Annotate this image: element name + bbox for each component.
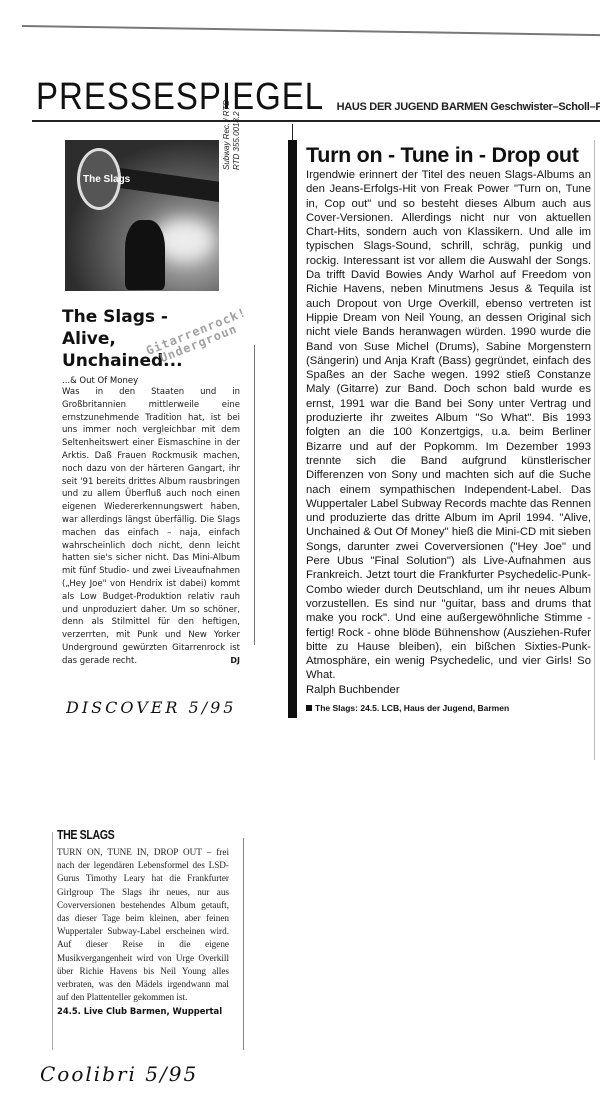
masthead-rule (32, 120, 600, 122)
page-title: PRESSESPIEGEL (36, 74, 324, 118)
scan-edge-line (22, 25, 600, 36)
column-bar (288, 140, 297, 718)
coolibri-review: THE SLAGS TURN ON, TUNE IN, DROP OUT – f… (57, 826, 229, 1016)
main-headline: Turn on - Tune in - Drop out (306, 142, 591, 168)
cover-logo-text: The Slags (83, 174, 130, 185)
author-initials: DJ (230, 655, 240, 668)
handwritten-source-coolibri: Coolibri 5/95 (40, 1062, 198, 1086)
clipping-border-left (52, 832, 53, 1050)
discover-kicker: ...& Out Of Money (62, 376, 242, 386)
record-label-info: Subway Rec. / RTD RTD 355.0018.2 (222, 40, 242, 170)
masthead: PRESSESPIEGEL HAUS DER JUGEND BARMEN Ges… (36, 80, 600, 118)
handwritten-source-discover: DISCOVER 5/95 (66, 698, 236, 717)
main-review: Turn on - Tune in - Drop out Irgendwie e… (306, 142, 591, 713)
coolibri-concert-info: 24.5. Live Club Barmen, Wuppertal (57, 1006, 229, 1016)
concert-info: The Slags: 24.5. LCB, Haus der Jugend, B… (306, 703, 591, 713)
bullet-square-icon (306, 705, 312, 711)
coolibri-body: TURN ON, TUNE IN, DROP OUT – frei nach d… (57, 846, 229, 1004)
main-body: Irgendwie erinnert der Titel des neuen S… (306, 168, 591, 683)
masthead-subtitle: HAUS DER JUGEND BARMEN Geschwister–Schol… (337, 101, 600, 113)
main-author: Ralph Buchbender (306, 683, 591, 697)
column-divider (254, 345, 255, 645)
coolibri-headline: THE SLAGS (57, 827, 114, 842)
clipping-edge (594, 140, 595, 760)
clipping-border-right (243, 838, 244, 1050)
album-cover-image: The Slags (65, 140, 219, 291)
discover-body: Was in den Staaten und in Großbritannien… (62, 386, 240, 668)
